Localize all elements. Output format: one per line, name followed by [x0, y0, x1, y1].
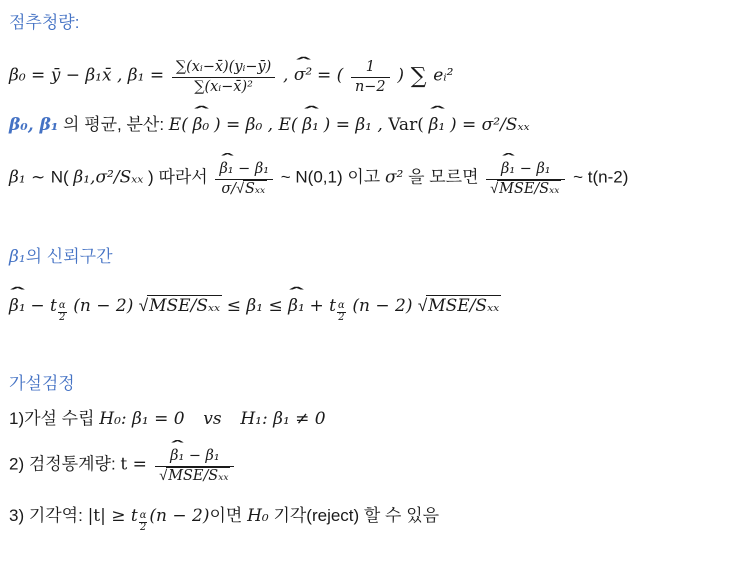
hat-icon: ˆ: [430, 104, 443, 121]
math-var-open: Var(: [388, 115, 424, 135]
subscript-alpha-over-2: α2: [139, 511, 148, 534]
math-standard-normal: ~ N(0,1): [281, 167, 348, 186]
math-minus-beta1: − β₁: [234, 161, 269, 177]
hat-icon: ˆ: [172, 440, 183, 454]
math-equals-beta1: ) = β₁ ,: [324, 115, 389, 135]
math-minus: −: [30, 296, 50, 316]
numerator: 1: [351, 55, 390, 78]
line-test-statistic: 2) 검정통계량: t = ˆβ₁ − β₁ √MSE/Sₓₓ: [9, 444, 741, 486]
line-sampling-distribution: β₁ ~ N( β₁,σ²/Sₓₓ ) 따라서 ˆβ₁ − β₁ σ/√Sₓₓ …: [9, 157, 741, 199]
math-equals-paren: = (: [317, 65, 343, 85]
korean-text-therefore: 따라서: [158, 167, 212, 186]
math-beta1-tilde: β₁ ~: [9, 167, 51, 187]
math-t-distribution: ~ t(n-2): [573, 167, 628, 186]
fraction-t-statistic: ˆβ₁ − β₁ √MSE/Sₓₓ: [486, 157, 565, 199]
math-leq-beta1-leq: ≤ β₁ ≤: [227, 296, 288, 316]
fraction-one-over-n-minus-2: 1 n−2: [351, 55, 390, 97]
math-t: t: [329, 296, 336, 316]
two: 2: [337, 313, 346, 324]
two: 2: [58, 313, 67, 324]
square-root: √MSE/Sₓₓ: [418, 296, 501, 315]
math-normal-params: β₁,σ²/Sₓₓ: [73, 167, 143, 187]
korean-text-reject: 기각(reject) 할 수 있음: [273, 506, 439, 525]
section-heading-confidence-interval: β₁의 신뢰구간: [9, 246, 741, 268]
math-normal-open: N(: [51, 167, 69, 186]
widehat-beta1: ˆβ₁: [501, 161, 515, 178]
widehat-beta1: ˆβ₁: [170, 448, 184, 465]
fraction-test-statistic: ˆβ₁ − β₁ √MSE/Sₓₓ: [155, 444, 234, 486]
line-hypothesis-setup: 1)가설 수립 H₀: β₁ = 0 vs H₁: β₁ ≠ 0: [9, 408, 741, 430]
korean-text-if-unknown: 을 모르면: [408, 167, 483, 186]
korean-text-step2: 2) 검정통계량:: [9, 454, 120, 473]
korean-text-confidence-interval: 의 신뢰구간: [26, 247, 113, 266]
subscript-alpha-over-2: α2: [58, 301, 67, 324]
hat-icon: ˆ: [221, 153, 232, 167]
radicand-mse-sxx: MSE/Sₓₓ: [497, 180, 561, 197]
math-beta1-blue: β₁: [9, 247, 26, 267]
math-sigma-over: σ/: [221, 181, 236, 197]
math-expectation-open: E(: [169, 115, 188, 135]
denominator: √MSE/Sₓₓ: [486, 180, 565, 198]
korean-text-and: 이고: [347, 167, 385, 186]
math-df: (n − 2): [73, 296, 139, 316]
denominator: √MSE/Sₓₓ: [155, 467, 234, 485]
section-title-point-estimators: 점추청량:: [9, 12, 741, 34]
math-normal-close: ): [148, 167, 154, 186]
hat-icon: ˆ: [11, 285, 24, 302]
two: 2: [139, 523, 148, 534]
fraction-standardized-slope: ˆβ₁ − β₁ σ/√Sₓₓ: [215, 157, 273, 199]
section-heading-hypothesis-test: 가설검정: [9, 373, 741, 395]
math-residual-squared: eᵢ²: [433, 65, 453, 85]
numerator: ∑(xᵢ−x̄)(yᵢ−ȳ): [172, 55, 275, 78]
math-t: t: [50, 296, 57, 316]
hat-icon: ˆ: [304, 104, 317, 121]
math-plus: +: [310, 296, 330, 316]
math-sigma-squared: σ²: [385, 167, 403, 187]
widehat-beta1: ˆβ₁: [288, 295, 305, 317]
fraction-slope-estimator: ∑(xᵢ−x̄)(yᵢ−ȳ) ∑(xᵢ−x̄)²: [172, 55, 275, 97]
numerator: ˆβ₁ − β₁: [155, 444, 234, 467]
korean-text-step3: 3) 기각역:: [9, 506, 88, 525]
numerator: ˆβ₁ − β₁: [486, 157, 565, 180]
math-alt-hypothesis: H₁: β₁ ≠ 0: [240, 409, 325, 429]
widehat-beta0: ˆβ₀: [193, 114, 210, 136]
square-root: √MSE/Sₓₓ: [139, 296, 222, 315]
widehat-beta1: ˆβ₁: [302, 114, 319, 136]
math-null-hypothesis: H₀: β₁ = 0: [99, 409, 184, 429]
formula-estimators: β₀ = ȳ − β₁x̄ , β₁ = ∑(xᵢ−x̄)(yᵢ−ȳ) ∑(xᵢ…: [9, 55, 741, 97]
math-variance-value: ) = σ²/Sₓₓ: [450, 115, 530, 135]
math-t: t: [131, 506, 138, 526]
square-root: √MSE/Sₓₓ: [490, 181, 561, 197]
widehat-sigma-squared: ˆσ²: [294, 64, 312, 86]
formula-confidence-interval: ˆβ₁ − tα2 (n − 2) √MSE/Sₓₓ ≤ β₁ ≤ ˆβ₁ + …: [9, 295, 741, 324]
math-df: (n − 2): [149, 506, 209, 526]
math-close-paren: ): [397, 65, 404, 85]
summation-icon: ∑: [411, 63, 427, 89]
hat-icon: ˆ: [296, 55, 309, 72]
subscript-alpha-over-2: α2: [337, 301, 346, 324]
math-minus-beta1: − β₁: [184, 448, 219, 464]
widehat-beta1: ˆβ₁: [429, 114, 446, 136]
math-h0: H₀: [247, 506, 269, 526]
math-t-equals: t =: [120, 454, 152, 474]
korean-text-step1: 1)가설 수립: [9, 409, 99, 428]
document-page: 점추청량: β₀ = ȳ − β₁x̄ , β₁ = ∑(xᵢ−x̄)(yᵢ−ȳ…: [0, 0, 751, 570]
hat-icon: ˆ: [290, 285, 303, 302]
math-beta0-beta1-blue: β₀, β₁: [9, 115, 58, 135]
hat-icon: ˆ: [194, 104, 207, 121]
math-df: (n − 2): [352, 296, 418, 316]
math-vs: vs: [203, 409, 221, 429]
widehat-beta1: ˆβ₁: [9, 295, 26, 317]
math-equals-beta0: ) = β₀ , E(: [214, 115, 298, 135]
math-abs-t-geq: |t| ≥: [88, 506, 131, 526]
korean-text-then: 이면: [210, 506, 248, 525]
line-mean-variance: β₀, β₁ 의 평균, 분산: E( ˆβ₀ ) = β₀ , E( ˆβ₁ …: [9, 114, 741, 136]
square-root: √MSE/Sₓₓ: [159, 468, 230, 484]
hat-icon: ˆ: [503, 153, 514, 167]
line-rejection-region: 3) 기각역: |t| ≥ tα2(n − 2)이면 H₀ 기각(reject)…: [9, 505, 741, 534]
radicand-mse-sxx: MSE/Sₓₓ: [166, 467, 230, 484]
denominator: n−2: [351, 78, 390, 96]
widehat-beta1: ˆβ₁: [219, 161, 233, 178]
math-comma: ,: [283, 65, 294, 85]
denominator: ∑(xᵢ−x̄)²: [172, 78, 275, 96]
math-minus-beta1: − β₁: [515, 161, 550, 177]
korean-text-mean-variance: 의 평균, 분산:: [63, 115, 169, 134]
math-text-b0-b1: β₀ = ȳ − β₁x̄ , β₁ =: [9, 65, 164, 85]
numerator: ˆβ₁ − β₁: [215, 157, 273, 180]
radicand-sxx: Sₓₓ: [243, 180, 267, 197]
square-root: √Sₓₓ: [236, 181, 267, 197]
denominator: σ/√Sₓₓ: [215, 180, 273, 198]
radicand-mse-sxx: MSE/Sₓₓ: [147, 295, 222, 316]
radicand-mse-sxx: MSE/Sₓₓ: [426, 295, 501, 316]
